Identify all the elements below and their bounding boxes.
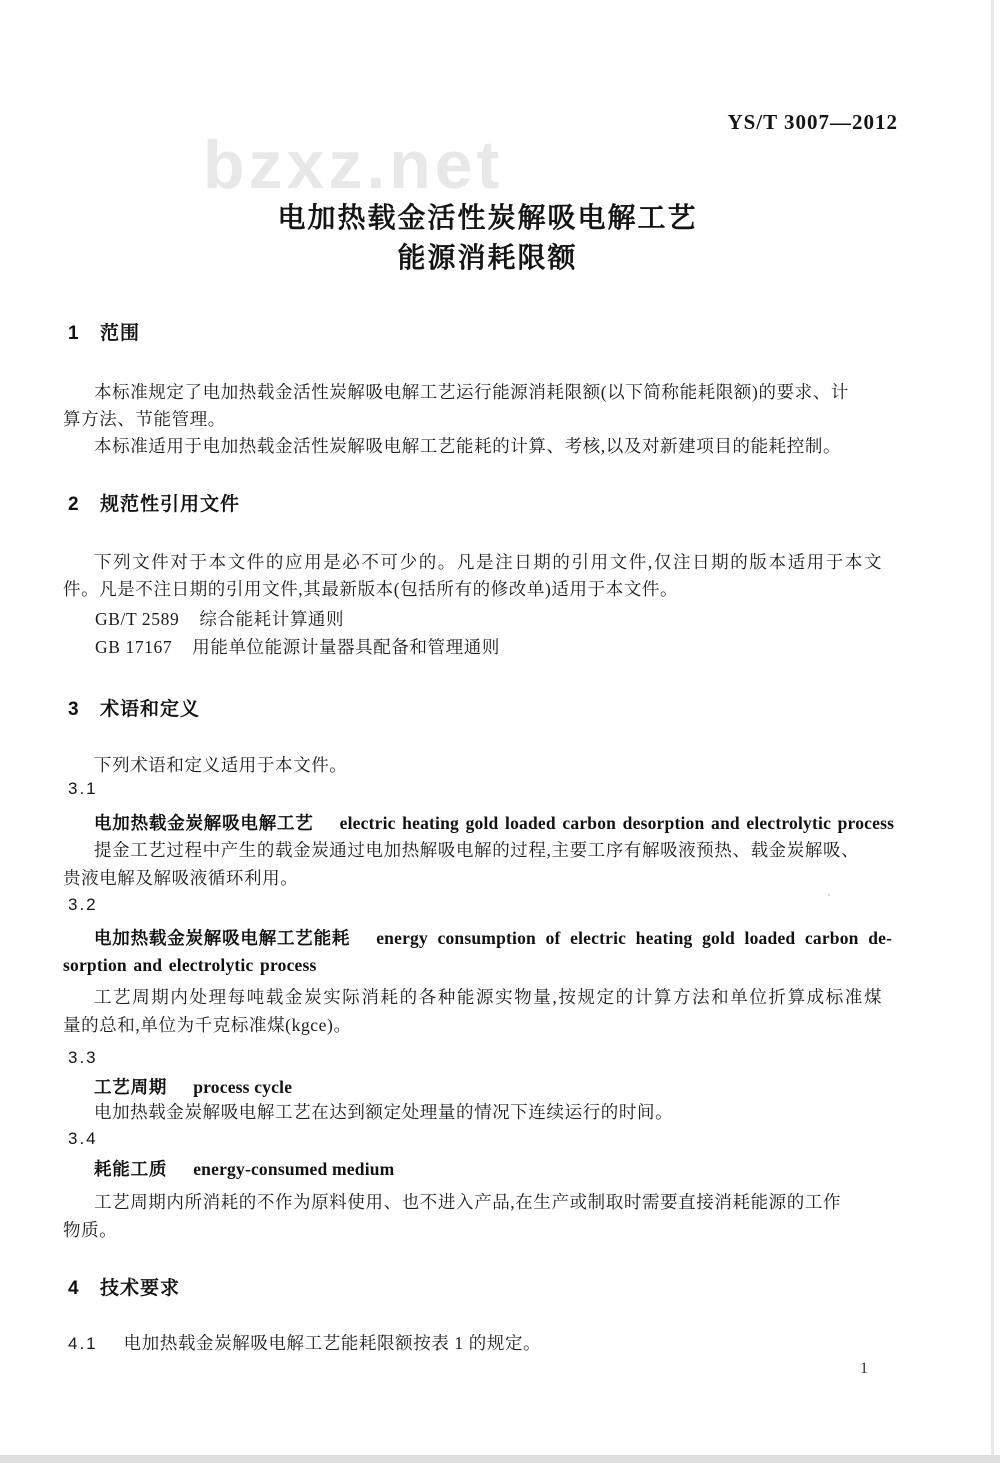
section3-heading-text: 术语和定义 — [100, 699, 200, 720]
term-3-3-number: 3.3 — [68, 1048, 98, 1068]
reference-2-code: GB 17167 — [95, 637, 172, 657]
term-3-2-number: 3.2 — [68, 895, 98, 915]
term-3-3-def: 电加热载金炭解吸电解工艺在达到额定处理量的情况下连续运行的时间。 — [63, 1100, 934, 1124]
section1-p2: 本标准适用于电加热载金活性炭解吸电解工艺能耗的计算、考核,以及对新建项目的能耗控… — [63, 434, 934, 458]
section2-heading-text: 规范性引用文件 — [100, 494, 240, 515]
term-3-2-en-line1: energy consumption of electric heating g… — [376, 928, 892, 948]
reference-1: GB/T 2589综合能耗计算通则 — [95, 606, 344, 631]
term-3-2-def-line2: 量的总和,单位为千克标准煤(kgce)。 — [63, 1013, 903, 1037]
term-3-1-def-line1: 提金工艺过程中产生的载金炭通过电加热解吸电解的过程,主要工序有解吸液预热、载金炭… — [63, 838, 934, 862]
section4-heading: 4技术要求 — [68, 1273, 180, 1300]
section2-number: 2 — [68, 494, 100, 516]
section1-heading-text: 范围 — [100, 323, 140, 344]
term-3-4-en: energy-consumed medium — [193, 1159, 394, 1179]
section4-number: 4 — [68, 1278, 100, 1300]
term-3-1: 电加热载金炭解吸电解工艺electric heating gold loaded… — [63, 810, 934, 835]
section1-number: 1 — [68, 323, 100, 345]
doc-title-line2: 能源消耗限额 — [0, 238, 975, 278]
page-edge-bottom — [0, 1455, 1000, 1463]
term-3-2-line1: 电加热载金炭解吸电解工艺能耗energy consumption of elec… — [63, 925, 934, 950]
term-3-3: 工艺周期process cycle — [63, 1074, 934, 1099]
reference-1-title: 综合能耗计算通则 — [199, 609, 344, 629]
section1-heading: 1范围 — [68, 318, 140, 345]
page-number: 1 — [860, 1360, 868, 1378]
section3-intro: 下列术语和定义适用于本文件。 — [63, 753, 934, 777]
term-3-2-en-line2: sorption and electrolytic process — [63, 955, 317, 975]
term-3-4-def-line1: 工艺周期内所消耗的不作为原料使用、也不进入产品,在生产或制取时需要直接消耗能源的… — [63, 1190, 934, 1214]
section3-number: 3 — [68, 699, 100, 721]
term-3-4-zh: 耗能工质 — [94, 1159, 167, 1179]
doc-title-line1: 电加热载金活性炭解吸电解工艺 — [0, 198, 975, 238]
term-3-4-def-line2: 物质。 — [63, 1218, 903, 1242]
term-3-1-number: 3.1 — [68, 779, 98, 799]
term-3-1-en: electric heating gold loaded carbon deso… — [340, 813, 895, 833]
section3-heading: 3术语和定义 — [68, 694, 200, 721]
clause-4-1-number: 4.1 — [68, 1334, 98, 1353]
reference-1-code: GB/T 2589 — [95, 609, 179, 629]
section1-p1-line2: 算方法、节能管理。 — [63, 407, 903, 431]
term-3-3-zh: 工艺周期 — [94, 1077, 167, 1097]
scan-artifact: ` — [824, 893, 831, 906]
reference-2-title: 用能单位能源计量器具配备和管理通则 — [192, 637, 500, 657]
section2-heading: 2规范性引用文件 — [68, 489, 240, 516]
page-edge-right — [991, 0, 994, 1455]
section4-heading-text: 技术要求 — [100, 1278, 180, 1299]
section1-p1-line1: 本标准规定了电加热载金活性炭解吸电解工艺运行能源消耗限额(以下简称能耗限额)的要… — [63, 380, 934, 404]
term-3-1-def-line2: 贵液电解及解吸液循环利用。 — [63, 866, 903, 890]
term-3-2-line2: sorption and electrolytic process — [63, 955, 903, 976]
clause-4-1-text: 电加热载金炭解吸电解工艺能耗限额按表 1 的规定。 — [124, 1333, 542, 1353]
reference-2: GB 17167用能单位能源计量器具配备和管理通则 — [95, 634, 500, 659]
term-3-4: 耗能工质energy-consumed medium — [63, 1156, 934, 1181]
term-3-4-number: 3.4 — [68, 1129, 98, 1149]
section2-p1-line1: 下列文件对于本文件的应用是必不可少的。凡是注日期的引用文件,仅注日期的版本适用于… — [63, 550, 934, 574]
term-3-1-zh: 电加热载金炭解吸电解工艺 — [94, 813, 314, 833]
section2-p1-line2: 件。凡是不注日期的引用文件,其最新版本(包括所有的修改单)适用于本文件。 — [63, 577, 903, 601]
doc-title: 电加热载金活性炭解吸电解工艺 能源消耗限额 — [0, 198, 975, 278]
term-3-3-en: process cycle — [193, 1077, 292, 1097]
term-3-2-zh: 电加热载金炭解吸电解工艺能耗 — [94, 928, 350, 948]
term-3-2-def-line1: 工艺周期内处理每吨载金炭实际消耗的各种能源实物量,按规定的计算方法和单位折算成标… — [63, 985, 934, 1009]
watermark: bzxz.net — [203, 126, 503, 204]
clause-4-1: 4.1电加热载金炭解吸电解工艺能耗限额按表 1 的规定。 — [68, 1330, 908, 1355]
